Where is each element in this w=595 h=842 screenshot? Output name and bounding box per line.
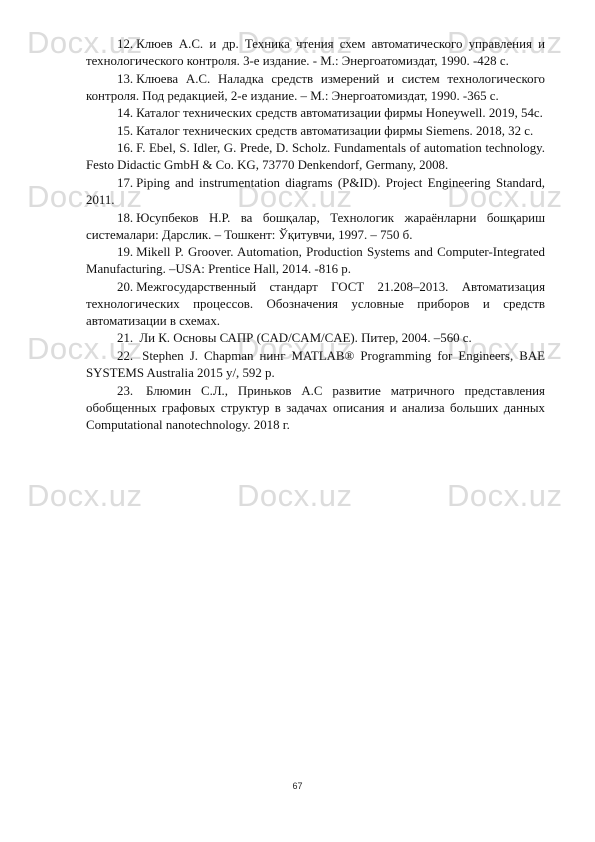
watermark: Docx.uz	[237, 480, 352, 511]
reference-number: 16.	[117, 141, 133, 155]
reference-item-13: 13.Клюева А.С. Наладка средств измерений…	[86, 71, 545, 105]
reference-number: 14.	[117, 106, 133, 120]
reference-number: 23.	[117, 384, 133, 398]
reference-item-12: 12.Клюев А.С. и др. Техника чтения схем …	[86, 36, 545, 70]
reference-text: Юсупбеков Н.Р. ва бошқалар, Технологик ж…	[86, 211, 545, 242]
reference-text: Каталог технических средств автоматизаци…	[136, 124, 533, 138]
reference-text: Клюева А.С. Наладка средств измерений и …	[86, 72, 545, 103]
reference-text: Клюев А.С. и др. Техника чтения схем авт…	[86, 37, 545, 68]
reference-number: 13.	[117, 72, 133, 86]
reference-number: 17.	[117, 176, 133, 190]
reference-text: F. Ebel, S. Idler, G. Prede, D. Scholz. …	[86, 141, 545, 172]
reference-item-21: 21. Ли К. Основы САПР (CAD/CAM/CAE). Пит…	[86, 330, 545, 347]
reference-text: Межгосударственный стандарт ГОСТ 21.208–…	[86, 280, 545, 328]
reference-item-14: 14.Каталог технических средств автоматиз…	[86, 105, 545, 122]
reference-item-22: 22. Stephen J. Chapman нинг MATLAB® Prog…	[86, 348, 545, 382]
reference-text: Каталог технических средств автоматизаци…	[136, 106, 543, 120]
reference-number: 19.	[117, 245, 133, 259]
reference-number: 12.	[117, 37, 133, 51]
reference-item-23: 23. Блюмин С.Л., Приньков А.С развитие м…	[86, 383, 545, 434]
reference-text: Блюмин С.Л., Приньков А.С развитие матри…	[86, 384, 545, 432]
reference-item-16: 16.F. Ebel, S. Idler, G. Prede, D. Schol…	[86, 140, 545, 174]
page-number: 67	[0, 781, 595, 791]
reference-text: Stephen J. Chapman нинг MATLAB® Programm…	[86, 349, 545, 380]
reference-text: Ли К. Основы САПР (CAD/CAM/CAE). Питер, …	[136, 331, 472, 345]
reference-list: 12.Клюев А.С. и др. Техника чтения схем …	[86, 36, 545, 434]
reference-number: 20.	[117, 280, 133, 294]
reference-item-19: 19.Mikell P. Groover. Automation, Produc…	[86, 244, 545, 278]
watermark: Docx.uz	[447, 480, 562, 511]
reference-item-17: 17.Piping and instrumentation diagrams (…	[86, 175, 545, 209]
watermark: Docx.uz	[27, 480, 142, 511]
reference-number: 22.	[117, 349, 133, 363]
reference-number: 15.	[117, 124, 133, 138]
reference-number: 21.	[117, 331, 133, 345]
reference-text: Piping and instrumentation diagrams (P&I…	[86, 176, 545, 207]
reference-item-15: 15.Каталог технических средств автоматиз…	[86, 123, 545, 140]
reference-item-20: 20.Межгосударственный стандарт ГОСТ 21.2…	[86, 279, 545, 330]
reference-item-18: 18.Юсупбеков Н.Р. ва бошқалар, Технологи…	[86, 210, 545, 244]
reference-text: Mikell P. Groover. Automation, Productio…	[86, 245, 545, 276]
reference-number: 18.	[117, 211, 133, 225]
